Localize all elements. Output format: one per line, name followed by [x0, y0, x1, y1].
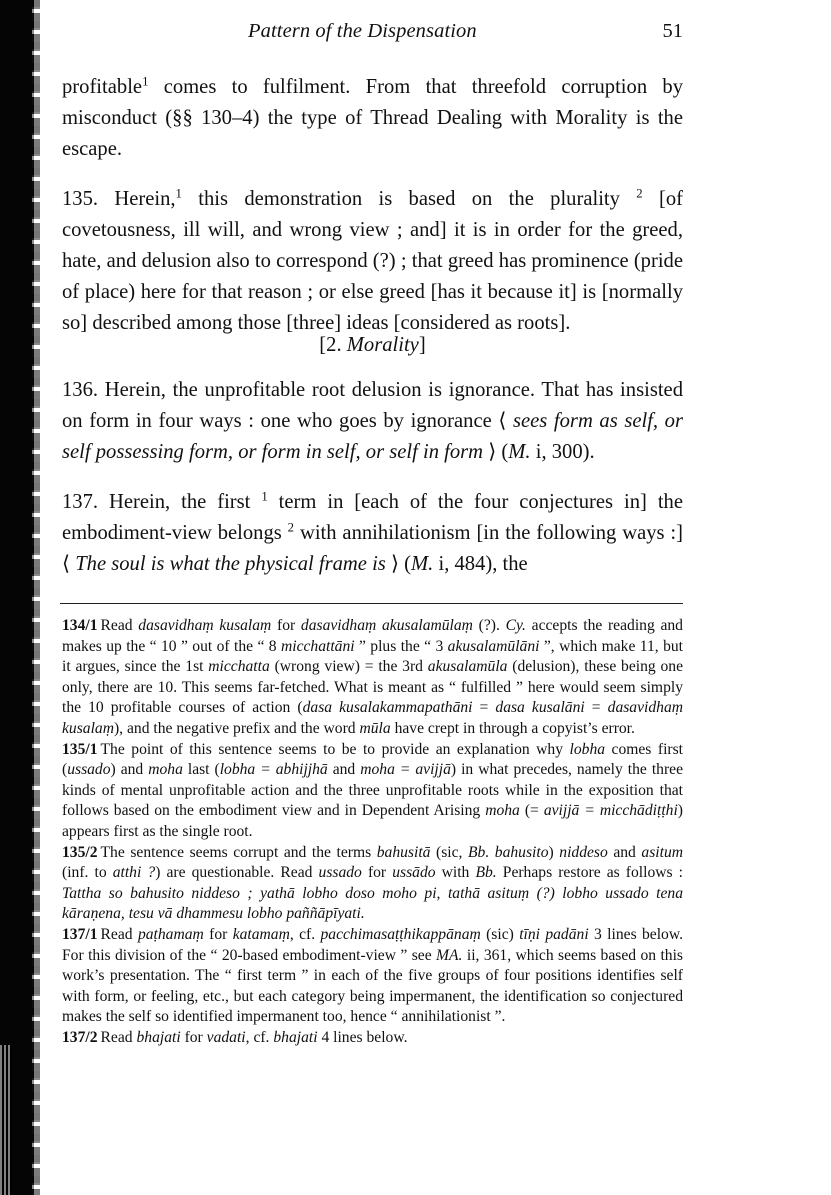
text-run: and — [608, 844, 642, 861]
italic-text: lobha = abhijjhā — [220, 761, 328, 778]
text-run: last ( — [183, 761, 220, 778]
italic-text: ussado — [67, 761, 110, 778]
text-run: Read — [101, 617, 139, 634]
footnote-135-1: 135/1The point of this sentence seems to… — [62, 740, 683, 843]
italic-text: niddeso — [559, 844, 608, 861]
italic-text: akusalamūla — [428, 658, 508, 675]
italic-text: lobha — [570, 741, 606, 758]
footnote-id: 137/1 — [62, 926, 98, 943]
text-run: The sentence seems corrupt and the terms — [101, 844, 377, 861]
italic-text: Bb. bahusito — [468, 844, 549, 861]
italic-text: bahusitā — [377, 844, 431, 861]
text-run: Read — [101, 1029, 137, 1046]
body-text-upper: profitable1 comes to fulfilment. From th… — [62, 72, 683, 340]
text-run: ” plus the “ 3 — [355, 638, 448, 655]
italic-text: moha — [148, 761, 183, 778]
footnote-text: Read paṭhamaṃ for katamaṃ, cf. pacchimas… — [62, 926, 683, 1025]
text-run: The point of this sentence seems to be t… — [101, 741, 570, 758]
text-run: (inf. to — [62, 864, 113, 881]
italic-text: atthi ? — [113, 864, 155, 881]
text-run: (sic, — [430, 844, 468, 861]
italic-text: tīṇi padāni — [519, 926, 588, 943]
italic-text: avijjā = micchādiṭṭhi — [544, 802, 678, 819]
paragraph-137: 137. Herein, the first 1 term in [each o… — [62, 487, 683, 581]
text-run: comes to fulfilment. From that threefold… — [62, 76, 683, 160]
italic-text: mūla — [360, 720, 391, 737]
body-text-lower: 136. Herein, the unprofitable root delus… — [62, 375, 683, 580]
italic-text: vadati — [207, 1029, 246, 1046]
italic-text: M. — [508, 441, 530, 463]
italic-text: Cy. — [506, 617, 526, 634]
text-run: 135. Herein, — [62, 188, 176, 210]
footnote-id: 134/1 — [62, 617, 98, 634]
italic-text: micchattāni — [281, 638, 355, 655]
text-run: for — [271, 617, 301, 634]
footnotes: 134/1Read dasavidhaṃ kusalaṃ for dasavid… — [62, 616, 683, 1048]
text-run: (sic) — [481, 926, 519, 943]
italic-text: dasavidhaṃ kusalaṃ — [138, 617, 271, 634]
text-run: profitable — [62, 76, 142, 98]
italic-text: moha = avijjā — [360, 761, 451, 778]
scan-edge-notch — [0, 1045, 12, 1195]
italic-text: Bb. — [475, 864, 496, 881]
text-run: (wrong view) = the 3rd — [270, 658, 428, 675]
footnote-text: Read bhajati for vadati, cf. bhajati 4 l… — [101, 1029, 408, 1046]
scan-edge-artifact — [0, 0, 34, 1195]
text-run: = — [473, 699, 496, 716]
text-run: have crept in through a copyist’s error. — [391, 720, 635, 737]
text-run: Read — [101, 926, 138, 943]
text-run: = — [585, 699, 608, 716]
footnote-id: 135/1 — [62, 741, 98, 758]
footnote-id: 137/2 — [62, 1029, 98, 1046]
text-run: this demonstration is based on the plura… — [182, 188, 636, 210]
text-run: ), and the negative prefix and the word — [114, 720, 360, 737]
footnote-text: The sentence seems corrupt and the terms… — [62, 844, 683, 923]
text-run: and — [328, 761, 361, 778]
italic-text: dasavidhaṃ akusalamūlaṃ — [301, 617, 473, 634]
italic-text: ussado — [319, 864, 362, 881]
text-run: for — [181, 1029, 207, 1046]
italic-text: katamaṃ — [233, 926, 290, 943]
text-run: 137. Herein, the first — [62, 491, 261, 513]
text-run: ) — [549, 844, 560, 861]
footnote-rule — [60, 603, 683, 604]
footnote-137-2: 137/2Read bhajati for vadati, cf. bhajat… — [62, 1028, 683, 1049]
text-run: for — [204, 926, 233, 943]
text-run: ⟩ ( — [483, 441, 508, 463]
section-subheading: [2. Morality] — [62, 334, 683, 357]
italic-text: micchatta — [208, 658, 270, 675]
italic-text: dasa kusalakammapathāni — [303, 699, 473, 716]
text-run: ⟩ ( — [386, 553, 411, 575]
text-run: (?). — [473, 617, 506, 634]
text-run: for — [362, 864, 392, 881]
footnote-134-1: 134/1Read dasavidhaṃ kusalaṃ for dasavid… — [62, 616, 683, 740]
italic-text: The soul is what the physical frame is — [75, 553, 386, 575]
italic-text: ussādo — [392, 864, 435, 881]
text-run: (= — [520, 802, 544, 819]
subheading-title: Morality — [347, 334, 419, 356]
subheading-suffix: ] — [419, 334, 426, 356]
paragraph-134-continuation: profitable1 comes to fulfilment. From th… — [62, 72, 683, 166]
text-run: Perhaps restore as follows : — [497, 864, 683, 881]
italic-text: pacchimasaṭṭhikappānaṃ — [321, 926, 481, 943]
italic-text: akusalamūlāni — [448, 638, 540, 655]
running-head: Pattern of the Dispensation 51 — [62, 20, 683, 46]
text-run: i, 484), the — [433, 553, 527, 575]
footnote-135-2: 135/2The sentence seems corrupt and the … — [62, 843, 683, 925]
italic-text: MA. — [436, 947, 462, 964]
text-run: with — [436, 864, 476, 881]
footnote-137-1: 137/1Read paṭhamaṃ for katamaṃ, cf. pacc… — [62, 925, 683, 1028]
italic-text: asitum — [641, 844, 683, 861]
text-run: ) and — [111, 761, 149, 778]
text-run: ) are questionable. Read — [155, 864, 318, 881]
text-run: , cf. — [246, 1029, 274, 1046]
footnote-text: Read dasavidhaṃ kusalaṃ for dasavidhaṃ a… — [62, 617, 683, 737]
running-title: Pattern of the Dispensation — [248, 20, 477, 43]
text-run: i, 300). — [531, 441, 595, 463]
subheading-prefix: [2. — [319, 334, 346, 356]
italic-text: bhajati — [273, 1029, 317, 1046]
text-run: 4 lines below. — [318, 1029, 408, 1046]
paragraph-135: 135. Herein,1 this demonstration is base… — [62, 184, 683, 340]
italic-text: Tattha so bahusito niddeso ; yathā lobho… — [62, 885, 683, 923]
footnote-text: The point of this sentence seems to be t… — [62, 741, 683, 840]
italic-text: dasa kusalāni — [495, 699, 584, 716]
text-run: , cf. — [290, 926, 321, 943]
italic-text: M. — [411, 553, 433, 575]
italic-text: paṭhamaṃ — [138, 926, 204, 943]
footnote-id: 135/2 — [62, 844, 98, 861]
italic-text: bhajati — [136, 1029, 180, 1046]
paragraph-136: 136. Herein, the unprofitable root delus… — [62, 375, 683, 469]
italic-text: moha — [485, 802, 520, 819]
page-number: 51 — [663, 20, 684, 43]
